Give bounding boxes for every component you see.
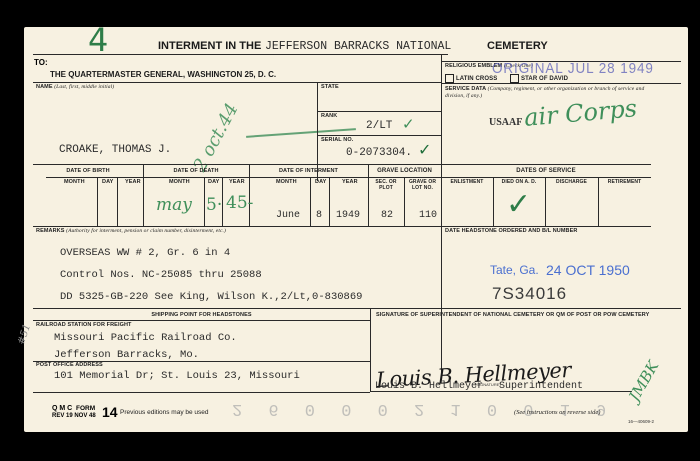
retirement-label: RETIREMENT [598, 179, 651, 185]
headstone-label: DATE HEADSTONE ORDERED AND B/L NUMBER [445, 228, 577, 234]
date-of-death-label: DATE OF DEATH [143, 168, 249, 174]
state-label: STATE [321, 84, 339, 90]
form-title-prefix: INTERMENT IN THE [158, 40, 261, 52]
interment-year-value: 1949 [336, 210, 360, 221]
grave-location-label: GRAVE LOCATION [368, 168, 441, 174]
to-value: THE QUARTERMASTER GENERAL, WASHINGTON 25… [50, 70, 276, 79]
signature-label: SIGNATURE OF SUPERINTENDENT OF NATIONAL … [376, 312, 656, 318]
death-year-value: 45- [226, 193, 253, 213]
revision-label: REV 19 NOV 48 [52, 413, 96, 419]
received-date-stamp: ORIGINAL JUL 28 1949 [492, 60, 654, 77]
bl-number: 7S34016 [492, 284, 567, 304]
railroad-line-1: Missouri Pacific Railroad Co. [54, 332, 237, 344]
birth-year-label: YEAR [125, 179, 141, 185]
post-office-value: 101 Memorial Dr; St. Louis 23, Missouri [54, 370, 300, 382]
interment-month-label: MONTH [276, 179, 297, 185]
interment-card: 4 INTERMENT IN THE JEFFERSON BARRACKS NA… [24, 27, 688, 432]
signature-caption: (SIGNATURE) [475, 382, 501, 387]
instructions-note: (See instructions on reverse side) [514, 409, 600, 416]
date-of-birth-label: DATE OF BIRTH [33, 168, 143, 174]
serial-label: SERIAL NO. [321, 137, 353, 143]
remarks-label: REMARKS (Authority for interment, pensio… [36, 228, 226, 234]
rank-value: 2/LT [366, 120, 392, 132]
remarks-line-2: Control Nos. NC-25085 thru 25088 [60, 269, 262, 281]
qmc-label: Q M C [52, 405, 72, 412]
name-value: CROAKE, THOMAS J. [59, 144, 171, 156]
previous-editions-note: Previous editions may be used [120, 409, 209, 416]
serial-checkmark: ✓ [418, 140, 431, 159]
name-label: NAME (Last, first, middle initial) [36, 84, 114, 90]
initials-annotation: JMBK [625, 358, 662, 405]
serial-value: 0-2073304. [346, 147, 412, 159]
print-code: 16—40609-2 [628, 419, 654, 424]
discharge-label: DISCHARGE [545, 179, 598, 185]
interment-month-value: June [276, 210, 300, 221]
died-on-ad-label: DIED ON A. D. [493, 179, 545, 185]
remarks-line-3: DD 5325-GB-220 See King, Wilson K.,2/Lt,… [60, 291, 362, 303]
death-month-value: may [156, 195, 192, 215]
sec-plot-label: SEC. OR PLOT [368, 179, 404, 191]
form-title-suffix: CEMETERY [487, 40, 548, 52]
death-year-label: YEAR [229, 179, 245, 185]
post-office-label: POST OFFICE ADDRESS [36, 362, 103, 368]
typed-name: Louis B. Hellmeyer [375, 381, 483, 392]
dates-of-service-label: DATES OF SERVICE [441, 168, 651, 174]
death-day-value: 5· [206, 195, 222, 215]
remarks-line-1: OVERSEAS WW # 2, Gr. 6 in 4 [60, 247, 230, 259]
margin-note: #51 [16, 323, 33, 346]
to-label: TO: [34, 58, 48, 67]
cemetery-name: JEFFERSON BARRACKS NATIONAL [265, 40, 451, 53]
interment-day-value: 8 [316, 210, 322, 221]
railroad-label: RAILROAD STATION FOR FREIGHT [36, 322, 131, 328]
headstone-stamp-place: Tate, Ga. [490, 263, 539, 277]
shipping-label: SHIPPING POINT FOR HEADSTONES [33, 312, 370, 318]
interment-day-label: DAY [315, 179, 326, 185]
death-month-label: MONTH [169, 179, 190, 185]
sec-value: 82 [381, 210, 393, 221]
headstone-stamp-date: 24 OCT 1950 [546, 262, 630, 278]
death-day-label: DAY [208, 179, 219, 185]
lot-value: 110 [419, 210, 437, 221]
date-of-interment-label: DATE OF INTERMENT [249, 168, 368, 174]
railroad-line-2: Jefferson Barracks, Mo. [54, 349, 199, 361]
form-label: FORM [76, 405, 95, 412]
enlistment-label: ENLISTMENT [441, 179, 493, 185]
birth-month-label: MONTH [64, 179, 85, 185]
died-on-ad-checkmark: ✓ [506, 187, 531, 222]
service-handwritten: air Corps [523, 94, 638, 132]
birth-day-label: DAY [102, 179, 113, 185]
rank-checkmark: ✓ [402, 115, 415, 133]
signature-title: Superintendent [499, 381, 583, 392]
latin-cross-checkbox[interactable] [445, 74, 454, 83]
lot-no-label: GRAVE OR LOT NO. [404, 179, 441, 191]
interment-year-label: YEAR [342, 179, 358, 185]
form-number: 14 [102, 404, 118, 420]
rank-label: RANK [321, 113, 337, 119]
service-data-value: USAAF [489, 117, 522, 128]
latin-cross-option[interactable]: LATIN CROSS [445, 74, 497, 83]
